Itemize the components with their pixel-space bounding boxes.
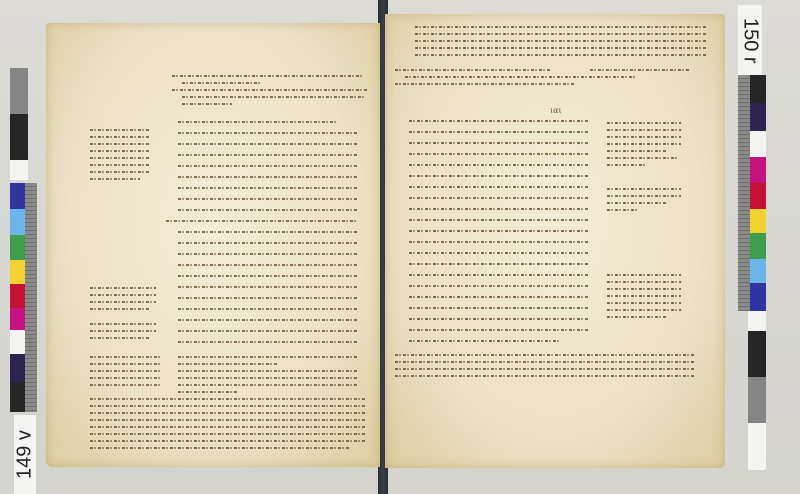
swatch-white bbox=[748, 131, 766, 157]
left-color-calibration-strip: 149 v bbox=[10, 20, 36, 480]
folio-label-149v: 149 v bbox=[14, 415, 36, 494]
swatch-white-3 bbox=[748, 423, 766, 470]
swatch-green bbox=[748, 233, 766, 259]
swatch-cyan bbox=[748, 259, 766, 283]
folio-label-150r: 150 r bbox=[738, 5, 762, 77]
measurement-ruler bbox=[738, 75, 750, 311]
swatch-navy bbox=[748, 103, 766, 131]
swatch-yellow bbox=[748, 209, 766, 233]
swatch-white bbox=[10, 160, 28, 180]
section-number-marker: ιαι bbox=[550, 106, 562, 115]
left-folio-page bbox=[46, 23, 380, 467]
swatch-blue bbox=[748, 283, 766, 311]
right-color-calibration-strip: 150 r bbox=[738, 5, 764, 470]
swatch-black bbox=[748, 75, 766, 103]
right-folio-page: ιαι bbox=[385, 14, 725, 468]
swatch-white-2 bbox=[748, 311, 766, 331]
swatch-magenta bbox=[748, 157, 766, 183]
swatch-red bbox=[748, 183, 766, 209]
swatch-black-2 bbox=[748, 331, 766, 377]
swatch-gray bbox=[748, 377, 766, 423]
swatch-gray bbox=[10, 68, 28, 114]
measurement-ruler bbox=[25, 183, 37, 412]
swatch-black bbox=[10, 114, 28, 160]
